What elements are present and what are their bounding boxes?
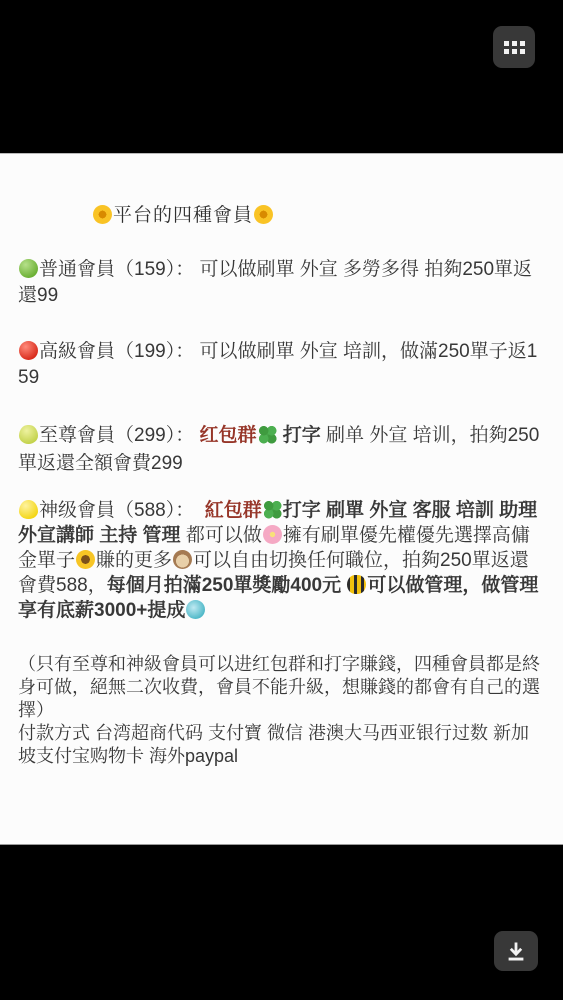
doc-paragraph: 普通會員（159）： 可以做刷單 外宣 多勞多得 拍夠250單返還99 [18, 257, 545, 309]
doc-title: 平台的四種會員 [92, 154, 545, 229]
cherry-blossom-icon [263, 525, 282, 544]
red-apple-icon [19, 341, 38, 360]
bee-icon [347, 575, 366, 594]
monkey-icon [173, 550, 192, 569]
doc-paragraph: 至尊會員（299）： 红包群 打字 刷单 外宣 培训，拍夠250單返還全額會費2… [18, 422, 545, 478]
document-image[interactable]: 平台的四種會員普通會員（159）： 可以做刷單 外宣 多勞多得 拍夠250單返還… [0, 153, 563, 845]
text-run: 红包群 [199, 425, 256, 446]
blossom-icon [254, 205, 273, 224]
lemon-icon [19, 500, 38, 519]
text-run: 打字 [278, 425, 321, 446]
sunflower-icon [76, 550, 95, 569]
blossom-icon [93, 205, 112, 224]
clover-icon [258, 425, 277, 444]
pear-icon [19, 425, 38, 444]
clover-icon [263, 500, 282, 519]
doc-paragraph: 高級會員（199）： 可以做刷單 外宣 培訓，做滿250單子返159 [18, 339, 545, 391]
text-run: 平台的四種會員 [113, 205, 253, 226]
text-run: 付款方式 台湾超商代码 支付寶 微信 港澳大马西亚银行过数 新加坡支付宝购物卡 … [18, 723, 529, 766]
text-run: 神级會員（588）： [39, 500, 205, 521]
tropical-fish-icon [186, 600, 205, 619]
grid-menu-icon [504, 41, 525, 54]
grid-menu-button[interactable] [493, 26, 535, 68]
text-run: 紅包群 [205, 500, 262, 521]
text-run: 普通會員（159）： 可以做刷單 外宣 多勞多得 拍夠250單返還99 [18, 259, 532, 306]
green-apple-icon [19, 259, 38, 278]
doc-paragraph: 神级會員（588）： 紅包群打字 刷單 外宣 客服 培訓 助理 外宣講師 主持 … [18, 498, 545, 623]
download-button[interactable] [494, 931, 538, 971]
text-run: 都可以做 [181, 525, 262, 546]
text-run: 每個月拍滿250單獎勵400元 [107, 575, 347, 596]
doc-paragraph: 付款方式 台湾超商代码 支付寶 微信 港澳大马西亚银行过数 新加坡支付宝购物卡 … [18, 722, 545, 768]
download-icon [504, 939, 528, 963]
text-run: 賺的更多 [96, 550, 172, 571]
text-run: 高級會員（199）： 可以做刷單 外宣 培訓，做滿250單子返159 [18, 341, 537, 388]
text-run: 至尊會員（299）： [39, 425, 199, 446]
text-run: （只有至尊和神級會員可以进红包群和打字賺錢，四種會員都是終身可做，絕無二次收費，… [18, 654, 540, 720]
doc-paragraph: （只有至尊和神級會員可以进红包群和打字賺錢，四種會員都是終身可做，絕無二次收費，… [18, 653, 545, 722]
document-text: 平台的四種會員普通會員（159）： 可以做刷單 外宣 多勞多得 拍夠250單返還… [18, 154, 545, 768]
